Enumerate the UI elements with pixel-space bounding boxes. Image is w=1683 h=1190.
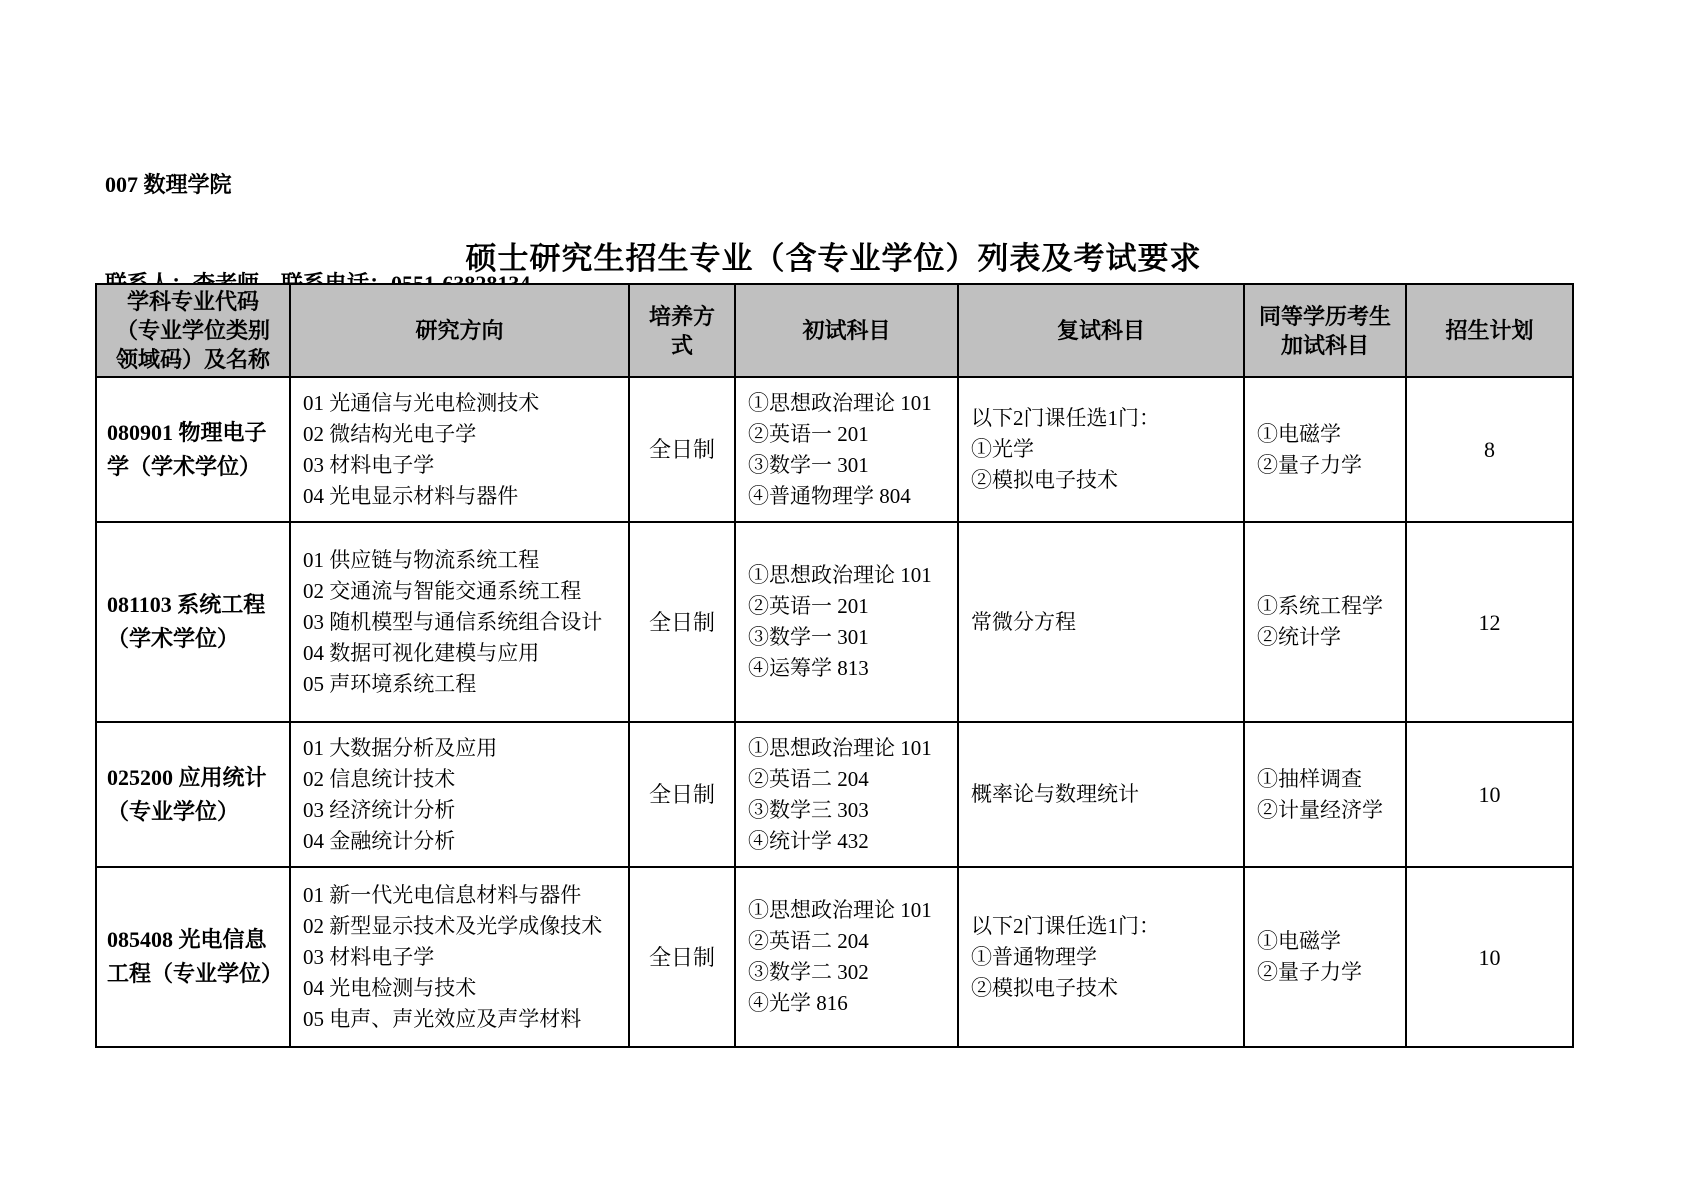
admissions-table: 学科专业代码（专业学位类别领域码）及名称 研究方向 培养方式 初试科目 复试科目… (95, 283, 1574, 1048)
cell-line: 085408 光电信息工程（专业学位） (107, 923, 283, 991)
retest-subjects: 概率论与数理统计 (958, 722, 1244, 867)
page-title: 硕士研究生招生专业（含专业学位）列表及考试要求 (95, 233, 1572, 278)
col-header-initial-exam: 初试科目 (735, 284, 958, 377)
col-header-retest: 复试科目 (958, 284, 1244, 377)
study-mode: 全日制 (629, 377, 735, 522)
cell-line: 03 材料电子学 (303, 942, 622, 973)
cell-line: ①思想政治理论 101 (748, 895, 951, 926)
cell-line: 以下2门课任选1门： (971, 403, 1237, 434)
cell-line: ③数学一 301 (748, 450, 951, 481)
cell-line: 02 信息统计技术 (303, 764, 622, 795)
cell-line: ③数学一 301 (748, 622, 951, 653)
cell-line: ②英语一 201 (748, 419, 951, 450)
document-page: 007 数理学院 联系人：李老师，联系电话：0551-63828134 全日制招… (0, 0, 1683, 1190)
cell-line: 01 供应链与物流系统工程 (303, 545, 622, 576)
cell-line: 04 光电显示材料与器件 (303, 481, 622, 512)
cell-line: ①普通物理学 (971, 942, 1237, 973)
cell-line: 10 (1413, 779, 1566, 810)
study-mode: 全日制 (629, 867, 735, 1047)
cell-line: ④运筹学 813 (748, 653, 951, 684)
cell-line: 080901 物理电子学（学术学位） (107, 416, 283, 484)
study-mode: 全日制 (629, 522, 735, 722)
col-header-code-name: 学科专业代码（专业学位类别领域码）及名称 (96, 284, 290, 377)
cell-line: ④统计学 432 (748, 826, 951, 857)
table-row: 080901 物理电子学（学术学位）01 光通信与光电检测技术02 微结构光电子… (96, 377, 1573, 522)
cell-line: ④普通物理学 804 (748, 481, 951, 512)
research-directions: 01 光通信与光电检测技术02 微结构光电子学03 材料电子学04 光电显示材料… (290, 377, 629, 522)
program-code-name: 080901 物理电子学（学术学位） (96, 377, 290, 522)
cell-line: 02 交通流与智能交通系统工程 (303, 576, 622, 607)
cell-line: 05 声环境系统工程 (303, 669, 622, 700)
retest-subjects: 以下2门课任选1门：①普通物理学②模拟电子技术 (958, 867, 1244, 1047)
col-header-quota: 招生计划 (1406, 284, 1573, 377)
col-header-research-direction: 研究方向 (290, 284, 629, 377)
cell-line: 04 金融统计分析 (303, 826, 622, 857)
cell-line: ②模拟电子技术 (971, 973, 1237, 1004)
cell-line: ②量子力学 (1257, 450, 1399, 481)
cell-line: ①电磁学 (1257, 926, 1399, 957)
cell-line: 全日制 (636, 607, 728, 638)
cell-line: ①光学 (971, 434, 1237, 465)
table-row: 025200 应用统计（专业学位）01 大数据分析及应用02 信息统计技术03 … (96, 722, 1573, 867)
initial-exam-subjects: ①思想政治理论 101②英语一 201③数学一 301④运筹学 813 (735, 522, 958, 722)
cell-line: 04 数据可视化建模与应用 (303, 638, 622, 669)
department-line: 007 数理学院 (105, 168, 530, 201)
research-directions: 01 新一代光电信息材料与器件02 新型显示技术及光学成像技术03 材料电子学0… (290, 867, 629, 1047)
table-body: 080901 物理电子学（学术学位）01 光通信与光电检测技术02 微结构光电子… (96, 377, 1573, 1047)
table-header-row: 学科专业代码（专业学位类别领域码）及名称 研究方向 培养方式 初试科目 复试科目… (96, 284, 1573, 377)
cell-line: 01 大数据分析及应用 (303, 733, 622, 764)
cell-line: ④光学 816 (748, 988, 951, 1019)
cell-line: 05 电声、声光效应及声学材料 (303, 1004, 622, 1035)
research-directions: 01 大数据分析及应用02 信息统计技术03 经济统计分析04 金融统计分析 (290, 722, 629, 867)
initial-exam-subjects: ①思想政治理论 101②英语二 204③数学二 302④光学 816 (735, 867, 958, 1047)
cell-line: ②量子力学 (1257, 957, 1399, 988)
cell-line: 概率论与数理统计 (971, 779, 1237, 810)
additional-exam-subjects: ①电磁学②量子力学 (1244, 377, 1406, 522)
cell-line: 全日制 (636, 942, 728, 973)
retest-subjects: 以下2门课任选1门：①光学②模拟电子技术 (958, 377, 1244, 522)
cell-line: ②模拟电子技术 (971, 465, 1237, 496)
enrollment-quota: 10 (1406, 722, 1573, 867)
cell-line: 常微分方程 (971, 607, 1237, 638)
cell-line: 全日制 (636, 434, 728, 465)
cell-line: ①电磁学 (1257, 419, 1399, 450)
enrollment-quota: 12 (1406, 522, 1573, 722)
cell-line: 025200 应用统计（专业学位） (107, 761, 283, 829)
program-code-name: 085408 光电信息工程（专业学位） (96, 867, 290, 1047)
cell-line: 03 随机模型与通信系统组合设计 (303, 607, 622, 638)
cell-line: 03 材料电子学 (303, 450, 622, 481)
additional-exam-subjects: ①系统工程学②统计学 (1244, 522, 1406, 722)
cell-line: 04 光电检测与技术 (303, 973, 622, 1004)
cell-line: ①思想政治理论 101 (748, 388, 951, 419)
table-row: 085408 光电信息工程（专业学位）01 新一代光电信息材料与器件02 新型显… (96, 867, 1573, 1047)
cell-line: 以下2门课任选1门： (971, 911, 1237, 942)
cell-line: 8 (1413, 434, 1566, 465)
cell-line: 081103 系统工程（学术学位） (107, 588, 283, 656)
initial-exam-subjects: ①思想政治理论 101②英语二 204③数学三 303④统计学 432 (735, 722, 958, 867)
cell-line: ②英语二 204 (748, 764, 951, 795)
cell-line: 01 光通信与光电检测技术 (303, 388, 622, 419)
cell-line: 10 (1413, 942, 1566, 973)
program-code-name: 081103 系统工程（学术学位） (96, 522, 290, 722)
cell-line: 12 (1413, 607, 1566, 638)
enrollment-quota: 10 (1406, 867, 1573, 1047)
additional-exam-subjects: ①抽样调查②计量经济学 (1244, 722, 1406, 867)
retest-subjects: 常微分方程 (958, 522, 1244, 722)
program-code-name: 025200 应用统计（专业学位） (96, 722, 290, 867)
study-mode: 全日制 (629, 722, 735, 867)
initial-exam-subjects: ①思想政治理论 101②英语一 201③数学一 301④普通物理学 804 (735, 377, 958, 522)
cell-line: ③数学二 302 (748, 957, 951, 988)
cell-line: ②统计学 (1257, 622, 1399, 653)
cell-line: ①抽样调查 (1257, 764, 1399, 795)
cell-line: ②英语二 204 (748, 926, 951, 957)
table-row: 081103 系统工程（学术学位）01 供应链与物流系统工程02 交通流与智能交… (96, 522, 1573, 722)
enrollment-quota: 8 (1406, 377, 1573, 522)
cell-line: ①系统工程学 (1257, 591, 1399, 622)
cell-line: ①思想政治理论 101 (748, 733, 951, 764)
col-header-additional-exam: 同等学历考生加试科目 (1244, 284, 1406, 377)
cell-line: ③数学三 303 (748, 795, 951, 826)
cell-line: ②计量经济学 (1257, 795, 1399, 826)
cell-line: 02 微结构光电子学 (303, 419, 622, 450)
cell-line: 全日制 (636, 779, 728, 810)
research-directions: 01 供应链与物流系统工程02 交通流与智能交通系统工程03 随机模型与通信系统… (290, 522, 629, 722)
cell-line: 01 新一代光电信息材料与器件 (303, 880, 622, 911)
cell-line: 03 经济统计分析 (303, 795, 622, 826)
col-header-study-mode: 培养方式 (629, 284, 735, 377)
cell-line: 02 新型显示技术及光学成像技术 (303, 911, 622, 942)
cell-line: ①思想政治理论 101 (748, 560, 951, 591)
cell-line: ②英语一 201 (748, 591, 951, 622)
additional-exam-subjects: ①电磁学②量子力学 (1244, 867, 1406, 1047)
